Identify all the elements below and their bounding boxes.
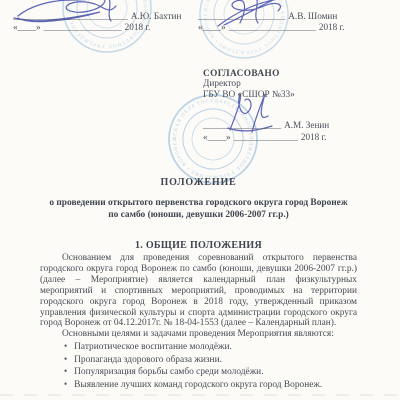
goal-item: •Патриотическое воспитание молодёжи. (64, 341, 357, 354)
approval-right-signature-row: ___________________А.В. Шомин (198, 11, 345, 22)
approver-name: А.В. Шомин (288, 11, 337, 22)
approver-name: А.Ю. Бахтин (131, 11, 182, 22)
goals-intro: Основными целями и задачами проведения М… (40, 329, 357, 340)
year-label: 2018 г. (301, 132, 327, 144)
document-page: ГОСУДАРСТВЕННОЕ БЮДЖЕТНОЕ УЧРЕЖДЕНИЕ • В… (0, 0, 400, 400)
date-rule: ______________ (234, 132, 298, 144)
year-label: 2018 г. (319, 22, 345, 33)
agreed-date-row: «____»______________2018 г. (203, 132, 329, 144)
approver-name: А.М. Зенин (284, 120, 329, 132)
signature-rule: _________________ (203, 120, 281, 132)
agreed-role: Директор (203, 79, 295, 89)
goal-text: Популяризация борьбы самбо среди молодёж… (74, 367, 263, 379)
bullet-marker-icon: • (64, 341, 67, 353)
date-quote-blank: «____» (13, 22, 41, 33)
agreed-signature-row: _________________А.М. Зенин (203, 120, 329, 132)
goal-text: Пропаганда здорового образа жизни. (74, 355, 222, 367)
bullet-marker-icon: • (64, 354, 67, 366)
goal-text: Выявление лучших команд городского округ… (74, 380, 322, 392)
year-label: 2018 г. (125, 22, 151, 33)
approval-left-signature-row: _________________________А.Ю. Бахтин (13, 11, 181, 22)
bullet-marker-icon: • (64, 379, 67, 391)
approval-left-date-row: «____»_________________2018 г. (13, 22, 181, 33)
signature-rule: _________________________ (13, 11, 128, 22)
goal-item: •Популяризация борьбы самбо среди молодё… (64, 366, 357, 379)
approval-block-left: _________________________А.Ю. Бахтин «__… (13, 11, 181, 33)
agreed-organization: ГБУ ВО «СШОР №33» (203, 90, 295, 100)
section-1-heading: 1. ОБЩИЕ ПОЛОЖЕНИЯ (40, 240, 357, 251)
scan-artifact-line (0, 394, 400, 396)
approval-block-right: ___________________А.В. Шомин «____»____… (198, 11, 345, 33)
date-quote-blank: «____» (198, 22, 226, 33)
date-rule: _________________ (44, 22, 122, 33)
goal-item: •Пропаганда здорового образа жизни. (64, 354, 357, 367)
subtitle-line-1: о проведении открытого первенства городс… (40, 198, 357, 210)
goal-item: •Выявление лучших команд городского окру… (64, 379, 357, 392)
document-title: ПОЛОЖЕНИЕ (40, 177, 357, 188)
date-rule: ___________________ (229, 22, 316, 33)
subtitle-line-2: по самбо (юноши, девушки 2006-2007 гг.р.… (40, 210, 357, 222)
section-1-paragraph: Основанием для проведения соревнований о… (40, 253, 357, 329)
signature-rule: ___________________ (198, 11, 285, 22)
document-subtitle: о проведении открытого первенства городс… (40, 198, 357, 221)
section-1-body: Основанием для проведения соревнований о… (40, 253, 357, 391)
goals-list: •Патриотическое воспитание молодёжи.•Про… (40, 341, 357, 391)
approval-right-date-row: «____»___________________2018 г. (198, 22, 345, 33)
agreed-label: СОГЛАСОВАНО (203, 69, 295, 79)
goal-text: Патриотическое воспитание молодёжи. (74, 342, 232, 354)
agreed-signature-block: _________________А.М. Зенин «____»______… (203, 120, 329, 143)
bullet-marker-icon: • (64, 366, 67, 378)
agreed-block: СОГЛАСОВАНО Директор ГБУ ВО «СШОР №33» (203, 69, 295, 100)
date-quote-blank: «____» (203, 132, 231, 144)
